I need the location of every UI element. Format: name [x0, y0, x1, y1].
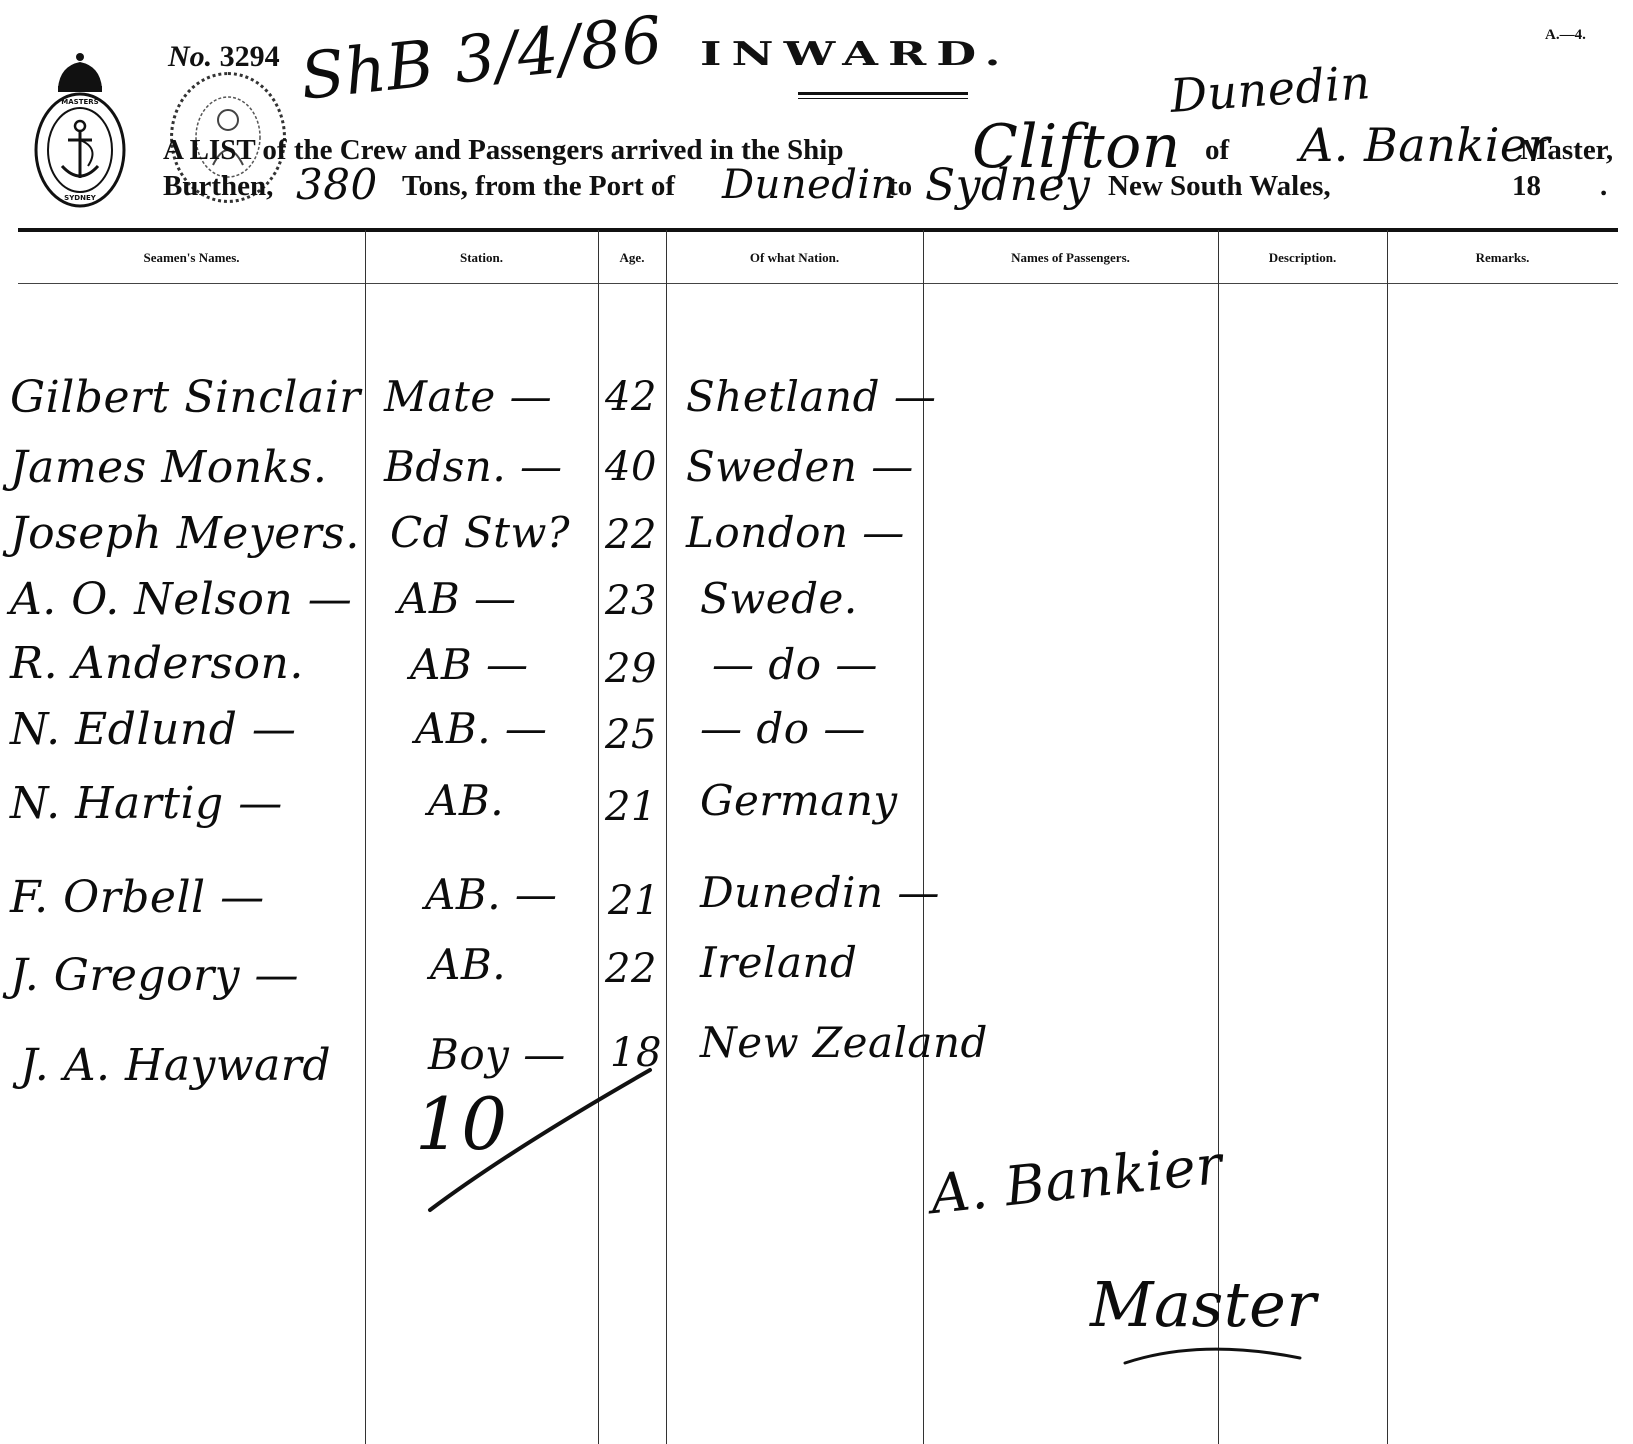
nation: Germany [700, 776, 898, 825]
form-number-label: No. [168, 40, 212, 73]
from-port: Dunedin [722, 162, 897, 208]
station: AB — [410, 640, 529, 689]
age: 25 [605, 712, 657, 758]
title-underline-thin [798, 98, 968, 99]
form-number: No. 3294 [168, 40, 280, 74]
column-divider [1218, 230, 1219, 1444]
seaman-name: N. Hartig — [10, 778, 283, 829]
column-divider [598, 230, 599, 1444]
to-label: to [888, 170, 912, 203]
svg-text:SYDNEY: SYDNEY [64, 194, 97, 202]
form-number-value: 3294 [220, 40, 280, 73]
age: 21 [605, 784, 657, 830]
title-underline [798, 92, 968, 95]
burthen-label: Burthen, [163, 170, 273, 203]
table-top-rule [18, 228, 1618, 232]
column-header-passengers: Names of Passengers. [923, 250, 1218, 266]
nation: London — [686, 508, 905, 557]
seaman-name: Gilbert Sinclair [10, 372, 361, 423]
nation: Dunedin — [700, 868, 940, 917]
port-of-registry: Dunedin [1168, 55, 1372, 123]
station: Cd Stw? [390, 508, 570, 557]
nation: Ireland [700, 938, 857, 987]
station: Mate — [384, 372, 552, 421]
column-divider [365, 230, 366, 1444]
header-bottom-rule [18, 283, 1618, 284]
signature-underline [1120, 1338, 1320, 1368]
document-title: INWARD. [700, 34, 1010, 73]
seaman-name: A. O. Nelson — [10, 574, 352, 625]
seaman-name: J. A. Hayward [20, 1040, 331, 1091]
shipping-masters-seal: MASTERS SYDNEY [30, 48, 130, 208]
column-header-nation: Of what Nation. [666, 250, 923, 266]
column-header-remarks: Remarks. [1387, 250, 1618, 266]
station: Bdsn. — [384, 442, 563, 491]
age: 22 [605, 512, 657, 558]
year-suffix: . [1600, 170, 1607, 203]
nation: — do — [712, 640, 878, 689]
year-label: 18 [1512, 170, 1541, 203]
seaman-name: J. Gregory — [10, 950, 299, 1001]
column-divider [1387, 230, 1388, 1444]
age: 40 [605, 444, 657, 490]
age: 22 [605, 946, 657, 992]
station: AB. — [425, 870, 557, 919]
station: AB. [430, 940, 506, 989]
column-divider [666, 230, 667, 1444]
age: 42 [605, 374, 657, 420]
seaman-name: N. Edlund — [10, 704, 296, 755]
nation: Swede. [700, 574, 858, 623]
tons-from-port-label: Tons, from the Port of [402, 170, 675, 203]
nation: — do — [700, 704, 866, 753]
nation: New Zealand [700, 1018, 988, 1067]
age: 21 [608, 878, 660, 924]
master-signature-title: Master [1090, 1268, 1317, 1341]
to-port: Sydney [925, 160, 1090, 211]
seaman-name: F. Orbell — [10, 872, 265, 923]
destination-label: New South Wales, [1108, 170, 1331, 203]
seaman-name: James Monks. [10, 442, 327, 493]
handwritten-reference: ShB 3/4/86 [297, 3, 666, 115]
closing-line-icon [420, 1060, 660, 1220]
column-header-station: Station. [365, 250, 598, 266]
station: AB. — [415, 704, 547, 753]
form-code: A.—4. [1545, 26, 1586, 44]
column-header-description: Description. [1218, 250, 1387, 266]
nation: Sweden — [686, 442, 914, 491]
seaman-name: Joseph Meyers. [10, 508, 360, 559]
crown-anchor-seal-icon: MASTERS SYDNEY [30, 48, 130, 208]
master-signature: A. Bankier [928, 1133, 1226, 1226]
signature-flourish-icon [1120, 1338, 1320, 1368]
svg-text:MASTERS: MASTERS [61, 98, 98, 106]
station: AB — [398, 574, 517, 623]
station: AB. [428, 776, 504, 825]
master-label: Master, [1520, 134, 1613, 167]
of-label: of [1205, 134, 1229, 167]
burthen-value: 380 [296, 160, 378, 209]
seaman-name: R. Anderson. [10, 638, 304, 689]
master-name: A. Bankier [1300, 118, 1550, 172]
closing-stroke [420, 1060, 660, 1220]
column-header-seamens-names: Seamen's Names. [18, 250, 365, 266]
age: 23 [605, 578, 657, 624]
age: 29 [605, 646, 657, 692]
nation: Shetland — [686, 372, 936, 421]
column-header-age: Age. [598, 250, 666, 266]
